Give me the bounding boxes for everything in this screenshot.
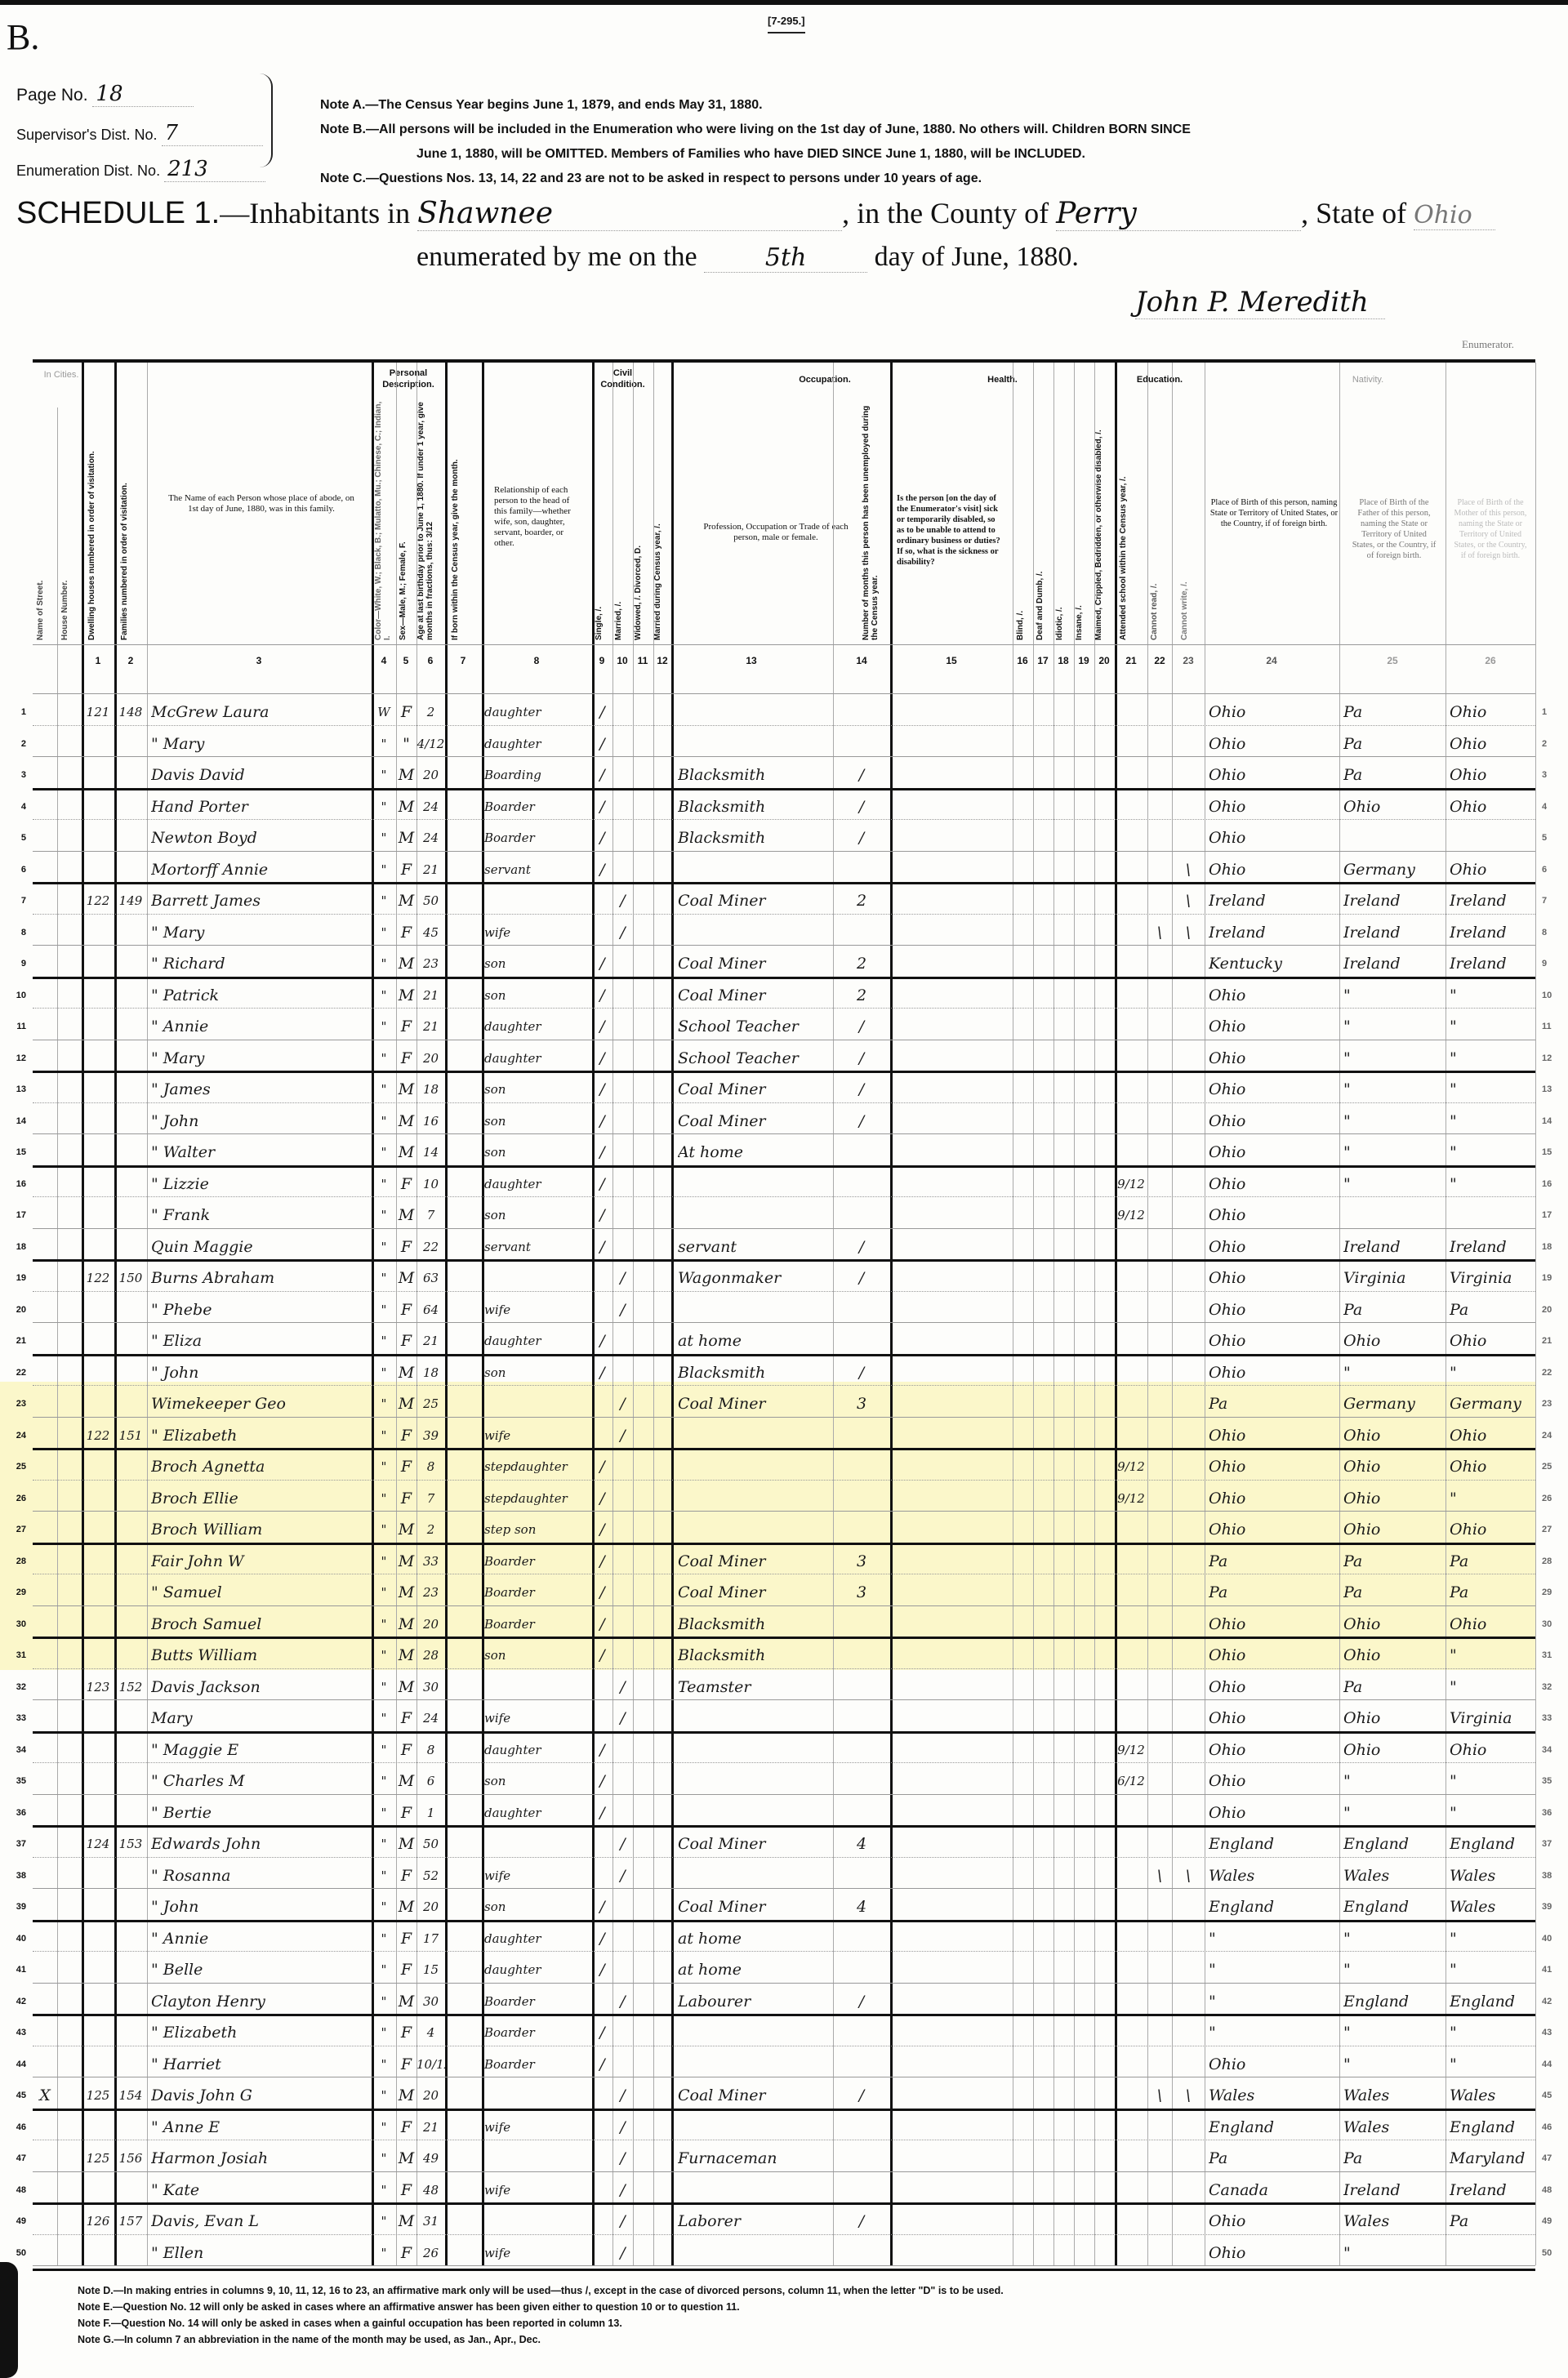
table-row: 2323Wimekeeper Geo"M25/Coal Miner3PaGerm… [33,1385,1535,1417]
cell-father: Ireland [1343,882,1445,914]
scan-edge [0,0,1568,5]
cell-single: / [592,945,612,977]
header-personal-description: Personal Description. [372,367,445,390]
cell-age: 8 [416,1448,445,1480]
cell-sex: F [396,1731,416,1763]
cell-age: 20 [416,1888,445,1920]
cell-age: 15 [416,1951,445,1983]
column-divider [1535,363,1536,2265]
cell-relation: wife [484,1857,592,1889]
cell-father: " [1343,1071,1445,1102]
header-col-23: Cannot write, /. [1180,542,1195,640]
cell-mother: " [1450,1102,1535,1134]
cell-father: Pa [1343,2140,1445,2171]
cell-sex: F [396,2014,416,2046]
cell-name: " John [151,1354,372,1386]
cell-relation: son [484,1133,592,1165]
cell-occupation: Coal Miner [678,1574,833,1605]
cell-mother: Ireland [1450,914,1535,946]
cell-school: 9/12 [1115,1165,1147,1197]
cell-relation: Boarder [484,1983,592,2015]
cell-father: " [1343,1920,1445,1952]
cell-color: " [372,2234,396,2266]
cell-relation: step son [484,1511,592,1543]
cell-birth: Ohio [1209,1008,1339,1040]
cell-age: 10/12 [416,2046,445,2077]
cell-relation: daughter [484,1040,592,1071]
cell-mother: Ohio [1450,1417,1535,1449]
cell-sex: M [396,1888,416,1920]
cell-sex: F [396,2234,416,2266]
cell-birth: Ohio [1209,1699,1339,1731]
cell-sex: M [396,1071,416,1102]
cell-unemployed: 2 [833,977,890,1009]
cell-color: " [372,1888,396,1920]
cell-occupation: School Teacher [678,1008,833,1040]
cell-mother: " [1450,1354,1535,1386]
cell-married: / [612,1668,633,1700]
cell-single: / [592,1354,612,1386]
cell-color: " [372,1448,396,1480]
cell-occupation: Blacksmith [678,788,833,820]
cell-age: 18 [416,1354,445,1386]
table-row: 2929" Samuel"M23Boarder/Coal Miner3PaPaP… [33,1574,1535,1605]
cell-age: 23 [416,945,445,977]
cell-unemployed: / [833,1040,890,1071]
cell-color: " [372,1417,396,1449]
cell-father: Pa [1343,693,1445,725]
cell-age: 14 [416,1133,445,1165]
cell-mother: Virginia [1450,1259,1535,1291]
table-row: 88" Mary"F45wife/\\IrelandIrelandIreland [33,914,1535,946]
cell-relation: Boarder [484,1574,592,1605]
cell-color: " [372,851,396,883]
county-value: Perry [1056,197,1301,231]
table-row: 2222" John"M18son/Blacksmith/Ohio"" [33,1354,1535,1386]
cell-sex: M [396,1762,416,1794]
cell-married: / [612,914,633,946]
table-row: 3939" John"M20son/Coal Miner4EnglandEngl… [33,1888,1535,1920]
header-col-17: Deaf and Dumb, /. [1036,526,1050,640]
table-row: 1212" Mary"F20daughter/School Teacher/Oh… [33,1040,1535,1071]
cell-father: " [1343,1008,1445,1040]
note-g: Note G.—In column 7 an abbreviation in t… [78,2331,1004,2348]
column-number-25: 25 [1368,655,1417,666]
cell-relation: daughter [484,725,592,757]
cell-color: " [372,1165,396,1197]
cell-birth: Ohio [1209,977,1339,1009]
cell-mother: " [1450,1165,1535,1197]
cell-father: " [1343,1951,1445,1983]
cell-single: / [592,1543,612,1574]
cell-sex: F [396,1417,416,1449]
table-row: 2626Broch Ellie"F7stepdaughter/9/12OhioO… [33,1480,1535,1512]
cell-married: / [612,2171,633,2203]
cell-color: W [372,693,396,725]
supervisor-district-field: Supervisor's Dist. No. 7 [16,121,263,146]
cell-unemployed: / [833,819,890,851]
cell-color: " [372,2171,396,2203]
cell-mother: " [1450,1637,1535,1668]
header-col-9: Single, /. [595,461,611,640]
cell-relation: wife [484,914,592,946]
cell-birth: England [1209,1888,1339,1920]
cell-sex: F [396,2109,416,2140]
cell-mother: Germany [1450,1385,1535,1417]
cell-cannot-write: \ [1172,882,1205,914]
cell-sex: M [396,1574,416,1605]
cell-color: " [372,2014,396,2046]
enumeration-district-value: 213 [164,157,265,182]
cell-father: " [1343,1354,1445,1386]
cell-occupation: Furnaceman [678,2140,833,2171]
cell-color: " [372,1794,396,1826]
cell-color: " [372,1668,396,1700]
cell-mother: Ohio [1450,1731,1535,1763]
cell-sex: F [396,851,416,883]
cell-birth: Ohio [1209,1133,1339,1165]
cell-family: 149 [114,882,147,914]
cell-father: " [1343,2014,1445,2046]
cell-relation: stepdaughter [484,1480,592,1512]
cell-cannot-write: \ [1172,2077,1205,2109]
county-label: , in the County of [842,197,1049,229]
cell-father: " [1343,977,1445,1009]
cell-mother: " [1450,1008,1535,1040]
table-row: 3030Broch Samuel"M20Boarder/BlacksmithOh… [33,1605,1535,1637]
cell-unemployed: / [833,756,890,788]
cell-father: Virginia [1343,1259,1445,1291]
cell-mother: Ohio [1450,725,1535,757]
cell-color: " [372,1354,396,1386]
cell-birth: Ohio [1209,1637,1339,1668]
cell-color: " [372,945,396,977]
cell-single: / [592,1322,612,1354]
cell-name: Davis Jackson [151,1668,372,1700]
cell-sex: F [396,1480,416,1512]
cell-birth: Ohio [1209,693,1339,725]
supervisor-district-value: 7 [162,121,263,146]
cell-relation: son [484,1354,592,1386]
cell-relation: wife [484,2171,592,2203]
cell-color: " [372,1511,396,1543]
cell-single: / [592,1888,612,1920]
state-label: , State of [1301,197,1406,229]
cell-color: " [372,1825,396,1857]
cell-color: " [372,2109,396,2140]
cell-name: Broch Samuel [151,1605,372,1637]
cell-color: " [372,1605,396,1637]
cell-age: 4 [416,2014,445,2046]
cell-father: Germany [1343,1385,1445,1417]
cell-name: Quin Maggie [151,1228,372,1260]
cell-color: " [372,756,396,788]
table-row: 4848" Kate"F48wife/CanadaIrelandIreland [33,2171,1535,2203]
cell-birth: Ohio [1209,1762,1339,1794]
schedule-heading: SCHEDULE 1.—Inhabitants in Shawnee, in t… [16,196,1495,231]
cell-mother: Wales [1450,1888,1535,1920]
cell-birth: Ohio [1209,1322,1339,1354]
cell-occupation: Blacksmith [678,1605,833,1637]
cell-relation: son [484,1637,592,1668]
cell-color: " [372,1385,396,1417]
cell-birth: " [1209,1920,1339,1952]
cell-age: 2 [416,1511,445,1543]
cell-age: 17 [416,1920,445,1952]
cell-relation: son [484,1071,592,1102]
cell-mother: " [1450,1071,1535,1102]
cell-age: 45 [416,914,445,946]
cell-occupation: Laborer [678,2202,833,2234]
table-row: 1515" Walter"M14son/At homeOhio"" [33,1133,1535,1165]
cell-single: / [592,2014,612,2046]
supervisor-district-label: Supervisor's Dist. No. [16,127,158,143]
cell-occupation: Coal Miner [678,1888,833,1920]
cell-mother: " [1450,1951,1535,1983]
enumeration-suffix: day of June, 1880. [875,242,1079,272]
cell-dwelling: 122 [82,1259,114,1291]
header-col-6: Age at last birthday prior to June 1, 18… [416,399,441,640]
cell-age: 6 [416,1762,445,1794]
cell-sex: M [396,1102,416,1134]
cell-color: " [372,1322,396,1354]
cell-name: Davis David [151,756,372,788]
cell-father: Ohio [1343,1417,1445,1449]
cell-name: " Phebe [151,1291,372,1323]
table-row: 5050" Ellen"F26wife/Ohio" [33,2234,1535,2266]
cell-single: / [592,756,612,788]
cell-relation: son [484,977,592,1009]
cell-age: 8 [416,1731,445,1763]
cell-relation: stepdaughter [484,1448,592,1480]
cell-name: " John [151,1102,372,1134]
cell-unemployed: / [833,1071,890,1102]
cell-mother: Virginia [1450,1699,1535,1731]
cell-age: 25 [416,1385,445,1417]
cell-mother: Pa [1450,2202,1535,2234]
cell-father: Wales [1343,2202,1445,2234]
top-notes: Note A.—The Census Year begins June 1, 1… [320,93,1480,191]
cell-married: / [612,1417,633,1449]
header-nativity: Nativity. [1205,374,1531,385]
cell-family: 150 [114,1259,147,1291]
cell-mother: Ohio [1450,1511,1535,1543]
cell-color: " [372,1762,396,1794]
scan-edge-blot [0,2262,18,2378]
cell-birth: Ohio [1209,1480,1339,1512]
cell-cannot-write: \ [1172,914,1205,946]
column-number-15: 15 [927,655,976,666]
cell-occupation: Coal Miner [678,1071,833,1102]
cell-birth: Ohio [1209,1794,1339,1826]
cell-color: " [372,819,396,851]
cell-sex: M [396,1668,416,1700]
column-number-23: 23 [1164,655,1213,666]
cell-relation: daughter [484,1920,592,1952]
cell-relation: son [484,1196,592,1228]
cell-sex: F [396,1228,416,1260]
cell-name: " Walter [151,1133,372,1165]
cell-birth: Kentucky [1209,945,1339,977]
cell-single: / [592,1574,612,1605]
cell-sex: F [396,1857,416,1889]
cell-occupation: Wagonmaker [678,1259,833,1291]
cell-age: 49 [416,2140,445,2171]
cell-relation: daughter [484,1322,592,1354]
cell-relation: Boarder [484,819,592,851]
cell-color: " [372,1040,396,1071]
cell-color: " [372,1480,396,1512]
header-col-26: Place of Birth of the Mother of this per… [1454,497,1527,561]
cell-sex: M [396,1133,416,1165]
header-col-18: Idiotic, /. [1055,559,1070,640]
cell-sex: " [396,725,416,757]
cell-mother: Ohio [1450,851,1535,883]
line-number: 50 [1542,2234,1560,2272]
cell-name: " Kate [151,2171,372,2203]
note-f: Note F.—Question No. 14 will only be ask… [78,2315,1004,2331]
cell-sex: M [396,1543,416,1574]
cell-birth: Ohio [1209,1102,1339,1134]
cell-relation: Boarder [484,2046,592,2077]
note-d: Note D.—In making entries in columns 9, … [78,2282,1004,2299]
cell-name: " Maggie E [151,1731,372,1763]
cell-name: " Annie [151,1920,372,1952]
table-row: 99" Richard"M23son/Coal Miner2KentuckyIr… [33,945,1535,977]
cell-age: 20 [416,1040,445,1071]
cell-age: 21 [416,977,445,1009]
enumerator-label: Enumerator. [1462,338,1514,351]
cell-relation: daughter [484,1794,592,1826]
cell-father: Pa [1343,725,1445,757]
cell-occupation: Coal Miner [678,1385,833,1417]
cell-age: 23 [416,1574,445,1605]
cell-relation: Boarder [484,788,592,820]
cell-cannot-write: \ [1172,851,1205,883]
cell-sex: M [396,1511,416,1543]
cell-occupation: Coal Miner [678,1543,833,1574]
cell-single: / [592,725,612,757]
cell-dwelling: 125 [82,2140,114,2171]
cell-birth: Wales [1209,2077,1339,2109]
cell-mother: " [1450,1668,1535,1700]
table-row: 4646" Anne E"F21wife/EnglandWalesEngland [33,2109,1535,2140]
cell-father: " [1343,1102,1445,1134]
cell-age: 21 [416,1322,445,1354]
cell-color: " [372,882,396,914]
cell-father: Ohio [1343,1480,1445,1512]
cell-family: 157 [114,2202,147,2234]
cell-single: / [592,1637,612,1668]
cell-name: " Mary [151,725,372,757]
cell-unemployed: / [833,2077,890,2109]
cell-color: " [372,2046,396,2077]
cell-name: " John [151,1888,372,1920]
cell-name: " Lizzie [151,1165,372,1197]
cell-father: England [1343,1888,1445,1920]
cell-father: Ohio [1343,788,1445,820]
cell-mother: Ohio [1450,756,1535,788]
cell-father: Pa [1343,756,1445,788]
header-col-10: Married, /. [614,461,630,640]
cell-single: / [592,2046,612,2077]
cell-name: " Elizabeth [151,1417,372,1449]
table-row: 1010" Patrick"M21son/Coal Miner2Ohio"" [33,977,1535,1009]
cell-color: " [372,914,396,946]
cell-occupation: Blacksmith [678,1637,833,1668]
cell-name: " Bertie [151,1794,372,1826]
cell-birth: Ohio [1209,788,1339,820]
cell-unemployed: 2 [833,882,890,914]
cell-name: Burns Abraham [151,1259,372,1291]
cell-relation: wife [484,2109,592,2140]
cell-age: 24 [416,819,445,851]
cell-sex: M [396,1637,416,1668]
table-row: 4040" Annie"F17daughter/at home""" [33,1920,1535,1952]
cell-name: " James [151,1071,372,1102]
cell-color: " [372,1699,396,1731]
cell-mother: Ireland [1450,945,1535,977]
cell-mother: " [1450,1762,1535,1794]
cell-mother: Ohio [1450,693,1535,725]
cell-single: / [592,1448,612,1480]
cell-birth: Ohio [1209,2202,1339,2234]
cell-age: 21 [416,851,445,883]
cell-unemployed: / [833,1983,890,2015]
table-row: 4141" Belle"F15daughter/at home""" [33,1951,1535,1983]
table-row: 4949126157Davis, Evan L"M31/Laborer/Ohio… [33,2202,1535,2234]
cell-father: Ohio [1343,1448,1445,1480]
cell-sex: M [396,2077,416,2109]
cell-single: / [592,851,612,883]
cell-occupation: servant [678,1228,833,1260]
cell-mother: Ireland [1450,2171,1535,2203]
cell-occupation: Blacksmith [678,1354,833,1386]
cell-single: / [592,1071,612,1102]
cell-color: " [372,1983,396,2015]
cell-occupation: At home [678,1133,833,1165]
cell-mother: Ohio [1450,1322,1535,1354]
cell-color: " [372,1133,396,1165]
table-row: 1919122150Burns Abraham"M63/Wagonmaker/O… [33,1259,1535,1291]
cell-relation: wife [484,1291,592,1323]
table-row: 3636" Bertie"F1daughter/Ohio"" [33,1794,1535,1826]
cell-name: " Samuel [151,1574,372,1605]
cell-married: / [612,1699,633,1731]
cell-birth: Ireland [1209,882,1339,914]
cell-sex: M [396,819,416,851]
cell-family: 154 [114,2077,147,2109]
cell-single: / [592,1794,612,1826]
cell-occupation: Coal Miner [678,2077,833,2109]
cell-birth: Pa [1209,1574,1339,1605]
cell-sex: F [396,1448,416,1480]
cell-color: " [372,1731,396,1763]
table-row: 4747125156Harmon Josiah"M49/FurnacemanPa… [33,2140,1535,2171]
cell-name: " Harriet [151,2046,372,2077]
cell-mother: Maryland [1450,2140,1535,2171]
cell-mother: " [1450,1480,1535,1512]
page-number-field: Page No. 18 [16,82,194,107]
cell-family: 153 [114,1825,147,1857]
cell-birth: Pa [1209,1385,1339,1417]
header-col-1: Dwelling houses numbered in order of vis… [87,412,107,640]
cell-name: Broch Ellie [151,1480,372,1512]
header-col-4: Color—White, W.; Black, B.; Mulatto, Mu.… [374,399,394,640]
header-col-12: Married during Census year, /. [653,436,670,640]
cell-unemployed: / [833,2202,890,2234]
table-row: 2121" Eliza"F21daughter/at homeOhioOhioO… [33,1322,1535,1354]
